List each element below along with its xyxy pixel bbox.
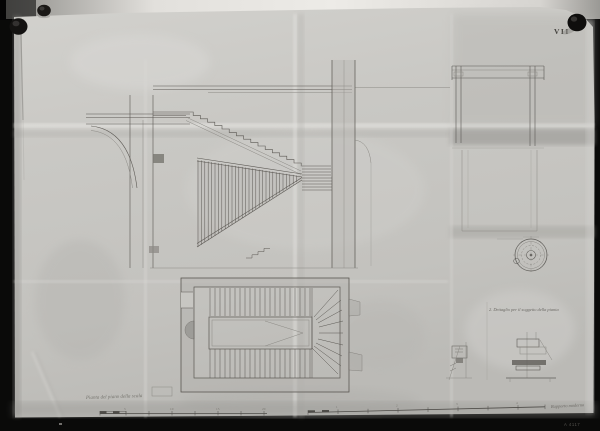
plan-treads-upper xyxy=(210,288,310,316)
scale-tick-label: 10 xyxy=(170,407,174,411)
push-pin-top-left-small xyxy=(37,5,51,18)
photograph-of-drawing: 5 10 15 20 1 2 3 4 VII Pianta del piano … xyxy=(0,0,600,431)
scale-tick-label: 20 xyxy=(262,407,266,411)
plan-treads-lower xyxy=(210,349,310,378)
archive-mark: A 4117 xyxy=(564,422,580,427)
scale-tick-label: 15 xyxy=(216,407,220,411)
section-wall-strip xyxy=(332,60,355,268)
detail-caption-handwriting: 2. Dettaglio per il soggetto della piant… xyxy=(489,307,559,312)
drawing-photo-canvas: 5 10 15 20 1 2 3 4 VII Pianta del piano … xyxy=(0,0,600,431)
dust-speck xyxy=(59,423,62,425)
door-opening xyxy=(181,292,193,308)
scale-tick-label: 5 xyxy=(124,407,126,411)
